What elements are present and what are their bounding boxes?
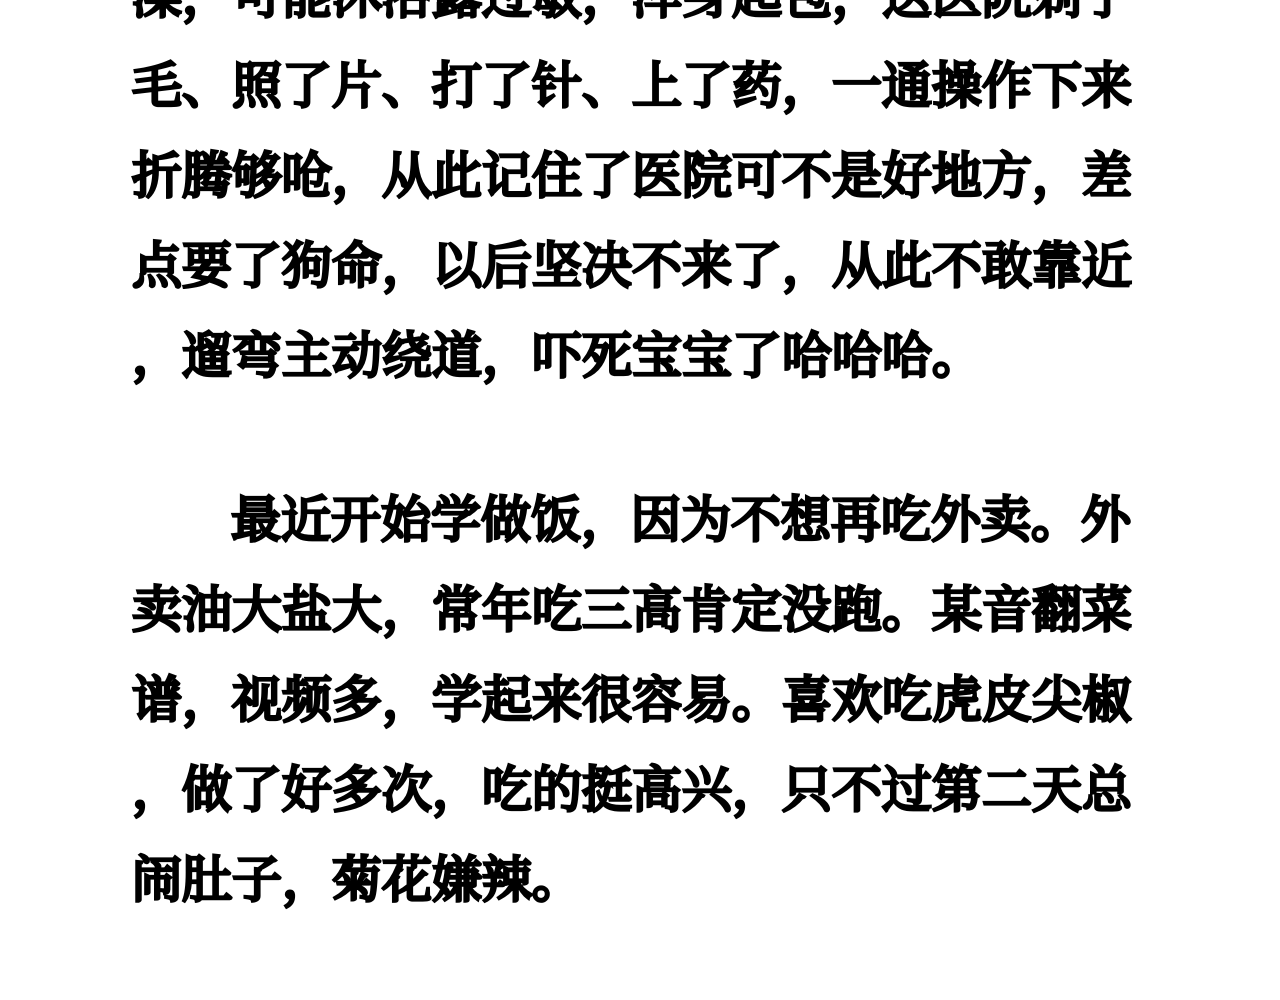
- text-line: 谱，视频多，学起来很容易。喜欢吃虎皮尖椒: [132, 655, 1132, 745]
- document-text: 澡，可能沐浴露过敏，浑身起包，送医院剃了 毛、照了片、打了针、上了药，一通操作下…: [132, 0, 1132, 925]
- text-line: 最近开始学做饭，因为不想再吃外卖。外: [132, 475, 1132, 565]
- text-line: 折腾够呛，从此记住了医院可不是好地方，差: [132, 131, 1132, 221]
- text-line: ，做了好多次，吃的挺高兴，只不过第二天总: [132, 745, 1132, 835]
- text-line: ，遛弯主动绕道，吓死宝宝了哈哈哈。: [132, 311, 1132, 401]
- text-line: 毛、照了片、打了针、上了药，一通操作下来: [132, 41, 1132, 131]
- text-line: 卖油大盐大，常年吃三高肯定没跑。某音翻菜: [132, 565, 1132, 655]
- paragraph-2: 最近开始学做饭，因为不想再吃外卖。外 卖油大盐大，常年吃三高肯定没跑。某音翻菜 …: [132, 475, 1132, 925]
- text-line: 澡，可能沐浴露过敏，浑身起包，送医院剃了: [132, 0, 1132, 41]
- text-line: 点要了狗命，以后坚决不来了，从此不敢靠近: [132, 221, 1132, 311]
- document-page: 澡，可能沐浴露过敏，浑身起包，送医院剃了 毛、照了片、打了针、上了药，一通操作下…: [0, 0, 1280, 1000]
- paragraph-1: 澡，可能沐浴露过敏，浑身起包，送医院剃了 毛、照了片、打了针、上了药，一通操作下…: [132, 0, 1132, 401]
- text-line: 闹肚子，菊花嫌辣。: [132, 835, 1132, 925]
